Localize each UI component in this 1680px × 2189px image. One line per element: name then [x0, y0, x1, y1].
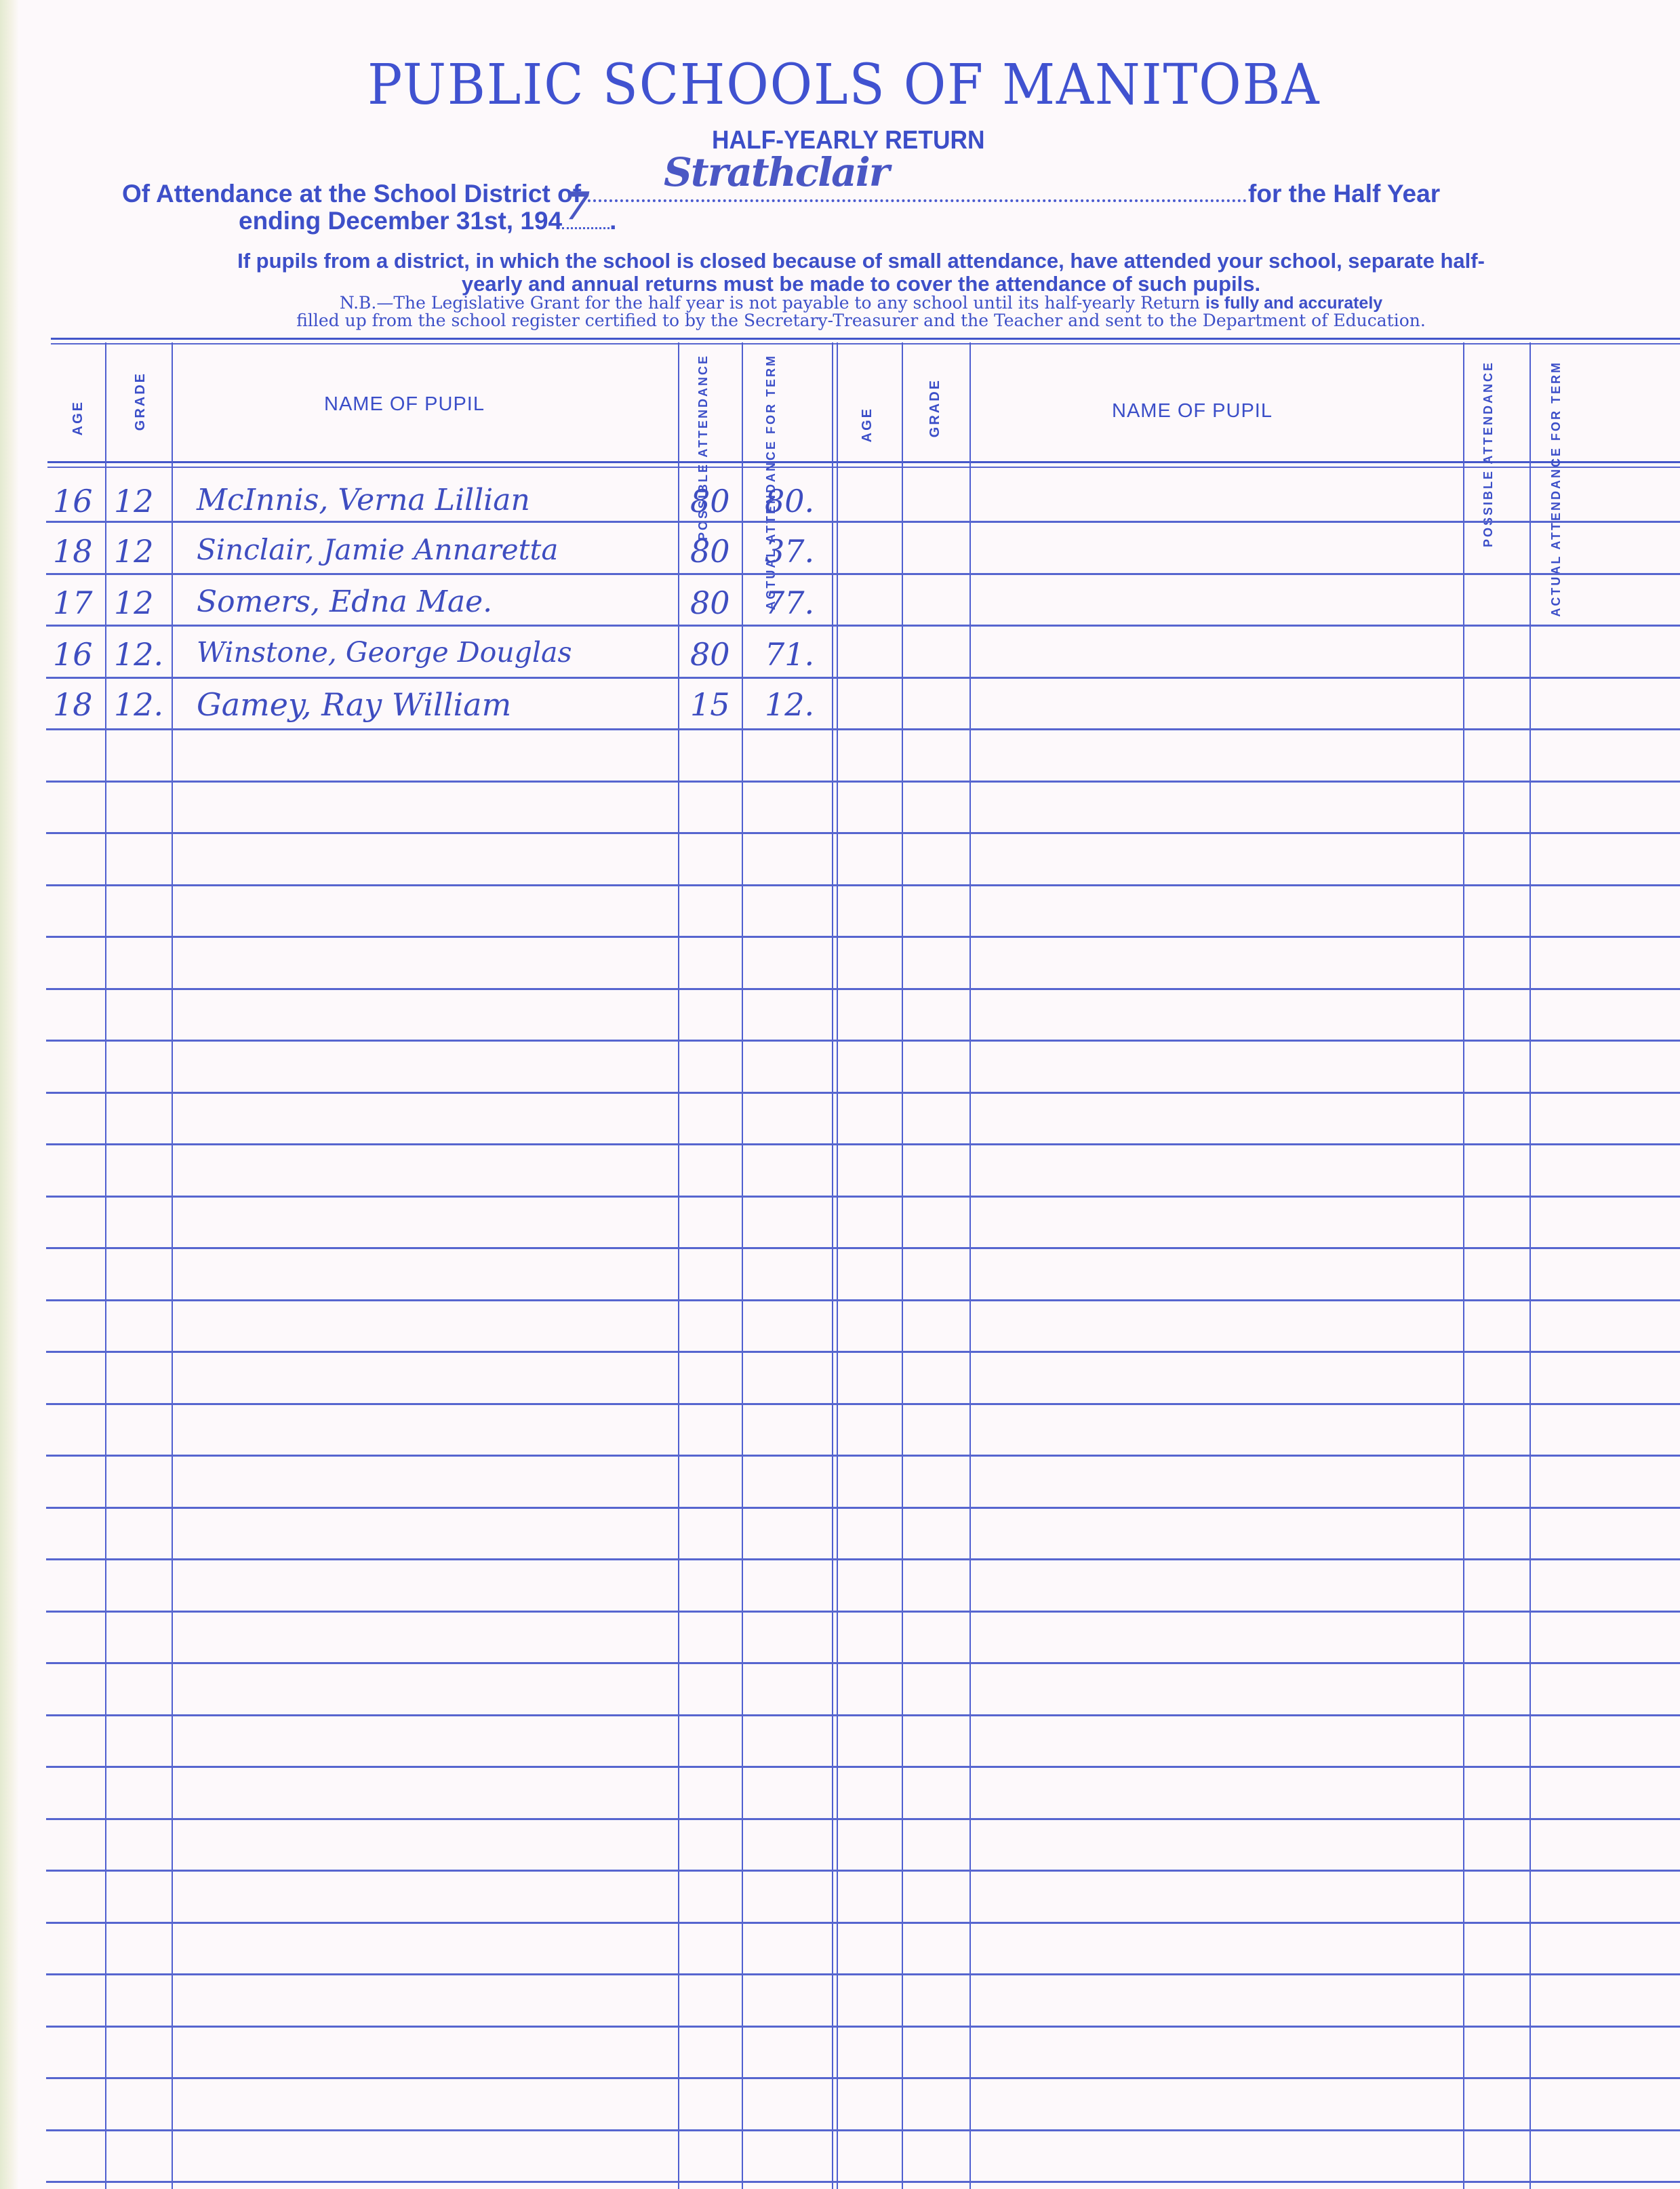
header-actual-right: ACTUAL ATTENDANCE FOR TERM	[1548, 361, 1593, 617]
row-rule	[46, 1196, 1680, 1198]
cell-possible: 15	[690, 686, 730, 723]
col-line-name-possible-right	[1463, 342, 1464, 2189]
notice: If pupils from a district, in which the …	[112, 250, 1610, 296]
notice-line-1: If pupils from a district, in which the …	[112, 250, 1610, 273]
cell-possible: 80	[690, 636, 730, 673]
header-age: AGE	[71, 400, 85, 435]
row-rule	[46, 625, 1680, 627]
cell-actual: 12.	[765, 686, 814, 723]
row-rule	[46, 988, 1680, 990]
district-prefix: Of Attendance at the School District of	[122, 180, 581, 208]
row-rule	[46, 2181, 1680, 2183]
col-line-grade-name-right	[969, 342, 971, 2189]
row-rule	[46, 2077, 1680, 2079]
row-rule	[46, 1092, 1680, 1094]
row-rule	[46, 1040, 1680, 1042]
cell-possible: 80	[690, 533, 730, 570]
row-rule	[46, 1611, 1680, 1613]
col-line-divider	[837, 342, 838, 2189]
district-field[interactable]: Strathclair	[582, 175, 1247, 202]
row-rule	[46, 521, 1680, 523]
header-name-right: NAME OF PUPIL	[1112, 400, 1273, 422]
row-rule	[46, 832, 1680, 834]
table-top-rule-2	[51, 343, 1680, 344]
cell-age: 16	[53, 636, 93, 673]
row-rule	[46, 2129, 1680, 2131]
paper-edge	[0, 0, 19, 2189]
cell-age: 17	[53, 585, 93, 621]
header-age-right: AGE	[860, 407, 875, 442]
col-line-age-grade-right	[902, 342, 903, 2189]
cell-name: Winstone, George Douglas	[197, 636, 572, 669]
ending-line: ending December 31st, 1947.	[239, 207, 616, 235]
header-grade: GRADE	[133, 372, 148, 431]
row-rule	[46, 573, 1680, 575]
cell-grade: 12	[114, 585, 154, 621]
ending-prefix: ending December 31st, 194	[239, 207, 562, 235]
col-line-actual-right	[832, 342, 833, 2189]
row-rule	[46, 884, 1680, 886]
row-rule	[46, 1922, 1680, 1924]
district-line: Of Attendance at the School District ofS…	[122, 175, 1440, 208]
col-line-possible-actual-right	[1529, 342, 1531, 2189]
cell-name: Gamey, Ray William	[197, 686, 511, 723]
cell-grade: 12	[114, 533, 154, 570]
row-rule	[46, 1247, 1680, 1249]
year-digit: 7	[563, 184, 590, 229]
col-line-grade-name	[172, 342, 173, 2189]
row-rule	[46, 1870, 1680, 1872]
cell-age: 18	[53, 686, 93, 723]
header-name: NAME OF PUPIL	[324, 393, 485, 416]
cell-grade: 12	[114, 483, 154, 519]
row-rule	[46, 1351, 1680, 1353]
nb-line-2: filled up from the school register certi…	[112, 312, 1610, 330]
cell-grade: 12.	[114, 686, 163, 723]
notice-line-2: yearly and annual returns must be made t…	[112, 273, 1610, 296]
header-actual: ACTUAL ATTENDANCE FOR TERM	[763, 354, 808, 610]
col-line-age-grade	[105, 342, 106, 2189]
row-rule	[46, 1662, 1680, 1664]
row-rule	[46, 936, 1680, 938]
cell-age: 18	[53, 533, 93, 570]
cell-name: Somers, Edna Mae.	[197, 585, 492, 619]
row-rule	[46, 1299, 1680, 1301]
row-rule	[46, 1714, 1680, 1716]
col-line-name-possible	[678, 342, 679, 2189]
row-rule	[46, 1766, 1680, 1768]
cell-actual: 71.	[765, 636, 814, 673]
cell-possible: 80	[690, 585, 730, 621]
header-grade-right: GRADE	[927, 378, 942, 437]
row-rule	[46, 1455, 1680, 1457]
cell-name: McInnis, Verna Lillian	[197, 483, 530, 517]
nb-note: N.B.—The Legislative Grant for the half …	[112, 294, 1610, 330]
row-rule	[46, 1818, 1680, 1820]
nb-line-1-bold: is fully and accurately	[1205, 294, 1382, 313]
row-rule	[46, 677, 1680, 679]
year-field[interactable]: 7	[562, 207, 609, 229]
cell-actual: 77.	[765, 585, 814, 621]
table-top-rule	[51, 338, 1680, 340]
header-possible-right: POSSIBLE ATTENDANCE	[1481, 361, 1511, 547]
row-rule	[46, 1403, 1680, 1405]
row-rule	[46, 781, 1680, 783]
cell-actual: 37.	[765, 533, 814, 570]
row-rule	[46, 2026, 1680, 2028]
cell-name: Sinclair, Jamie Annaretta	[197, 533, 558, 566]
ending-suffix: .	[609, 207, 616, 235]
header-bottom-rule	[47, 461, 1680, 463]
row-rule	[46, 1507, 1680, 1509]
header-bottom-rule-2	[47, 467, 1680, 468]
cell-grade: 12.	[114, 636, 163, 673]
cell-actual: 80.	[765, 483, 814, 519]
nb-line-1: N.B.—The Legislative Grant for the half …	[340, 293, 1205, 313]
row-rule	[46, 1143, 1680, 1145]
form-title: PUBLIC SCHOOLS OF MANITOBA	[62, 53, 1625, 117]
cell-possible: 80	[690, 483, 730, 519]
col-line-possible-actual	[742, 342, 743, 2189]
row-rule	[46, 728, 1680, 730]
row-rule	[46, 1973, 1680, 1975]
row-rule	[46, 1558, 1680, 1560]
district-suffix: for the Half Year	[1248, 180, 1440, 208]
cell-age: 16	[53, 483, 93, 519]
district-name: Strathclair	[664, 149, 888, 195]
